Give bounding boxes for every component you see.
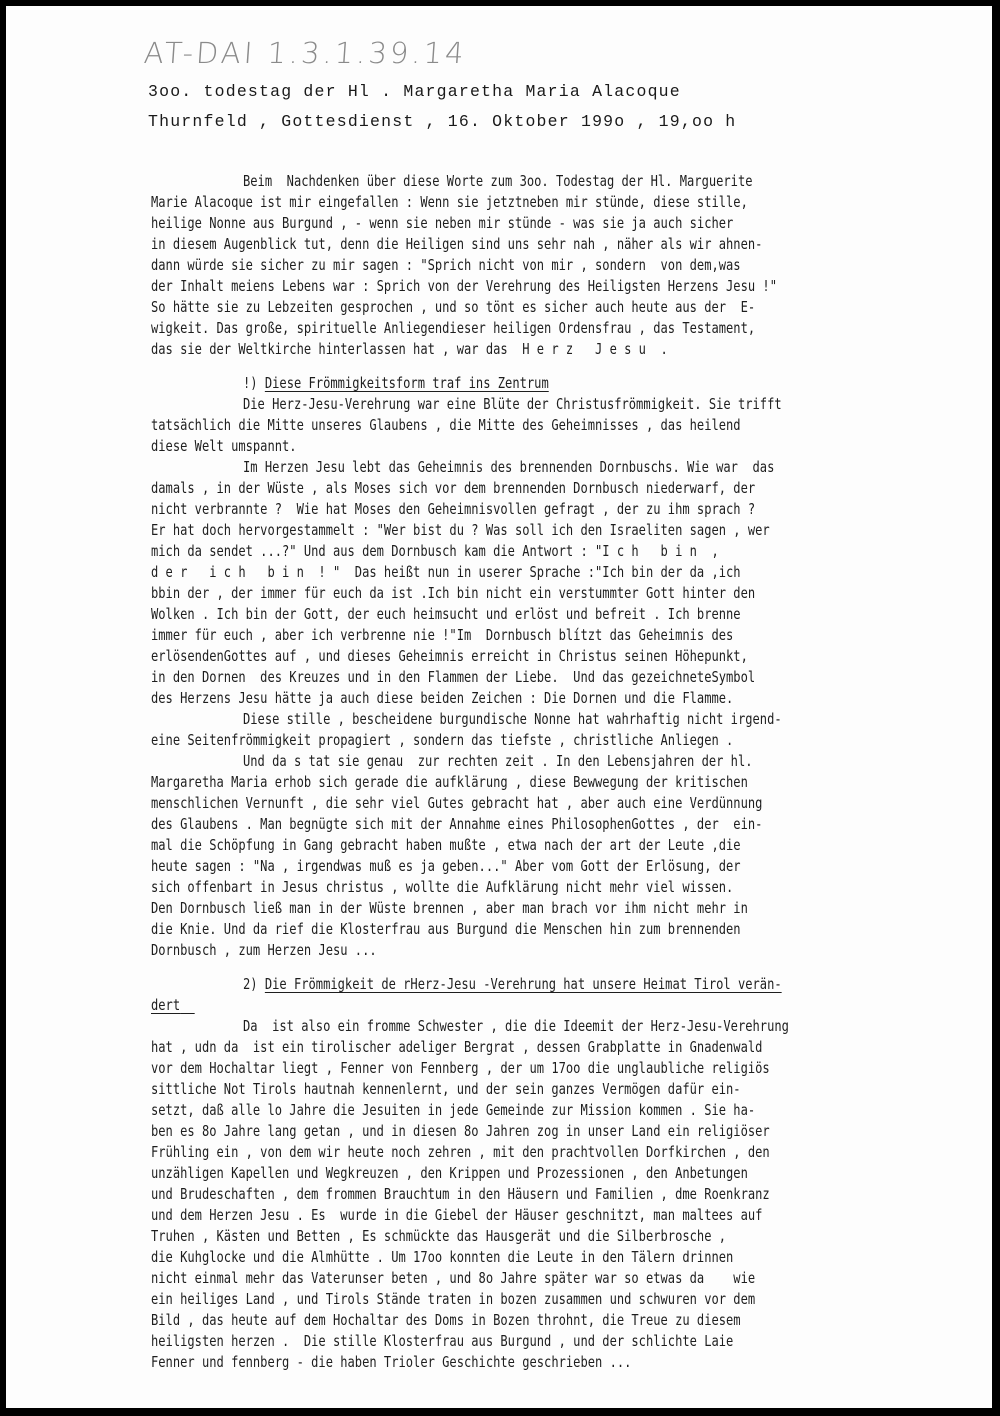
text-line: So hätte sie zu Lebzeiten gesprochen , u…: [151, 298, 755, 316]
text-line: nicht einmal mehr das Vaterunser beten ,…: [151, 1269, 755, 1287]
text-line: mich da sendet ...?" Und aus dem Dornbus…: [151, 542, 719, 560]
archive-reference-mark: AT-DAI 1.3.1.39.14: [143, 36, 468, 70]
section-heading-text: Diese Frömmigkeitsform traf ins Zentrum: [265, 374, 549, 392]
text-line: wigkeit. Das große, spirituelle Anliegen…: [151, 319, 755, 337]
document-subtitle: Thurnfeld , Gottesdienst , 16. Oktober 1…: [148, 112, 736, 131]
section-number: !): [243, 374, 258, 392]
text-line: Im Herzen Jesu lebt das Geheimnis des br…: [243, 458, 774, 476]
text-line: tatsächlich die Mitte unseres Glaubens ,…: [151, 416, 741, 434]
text-line: heiligsten herzen . Die stille Klosterfr…: [151, 1332, 733, 1350]
section-2-heading: 2) Die Frömmigkeit de rHerz-Jesu -Verehr…: [243, 975, 782, 993]
text-line: setzt, daß alle lo Jahre die Jesuiten in…: [151, 1101, 755, 1119]
text-line: Frühling ein , von dem wir heute noch ze…: [151, 1143, 770, 1161]
text-line: nicht verbrannte ? Wie hat Moses den Geh…: [151, 500, 755, 518]
text-line: in diesem Augenblick tut, denn die Heili…: [151, 235, 762, 253]
text-line: der Inhalt meiens Lebens war : Sprich vo…: [151, 277, 777, 295]
text-line: ben es 8o Jahre lang getan , und in dies…: [151, 1122, 770, 1140]
text-line: Dornbusch , zum Herzen Jesu ...: [151, 941, 377, 959]
text-line: Bild , das heute auf dem Hochaltar des D…: [151, 1311, 741, 1329]
text-line: dann würde sie sicher zu mir sagen : "Sp…: [151, 256, 741, 274]
text-line: immer für euch , aber ich verbrenne nie …: [151, 626, 733, 644]
text-line: und dem Herzen Jesu . Es wurde in die Gi…: [151, 1206, 762, 1224]
text-line: d e r i c h b i n ! " Das heißt nun in u…: [151, 563, 741, 581]
text-line: heilige Nonne aus Burgund , - wenn sie n…: [151, 214, 733, 232]
text-line: menschlichen Vernunft , die sehr viel Gu…: [151, 794, 762, 812]
text-line: die Kuhglocke und die Almhütte . Um 17oo…: [151, 1248, 733, 1266]
text-line: bbin der , der immer für euch da ist .Ic…: [151, 584, 755, 602]
text-line: des Herzens Jesu hätte ja auch diese bei…: [151, 689, 733, 707]
text-line: eine Seitenfrömmigkeit propagiert , sond…: [151, 731, 733, 749]
text-line: sittliche Not Tirols hautnah kennenlernt…: [151, 1080, 741, 1098]
text-line: ein heiliges Land , und Tirols Stände tr…: [151, 1290, 755, 1308]
text-line: unzähligen Kapellen und Wegkreuzen , den…: [151, 1164, 748, 1182]
text-line: Den Dornbusch ließ man in der Wüste bren…: [151, 899, 748, 917]
text-line: des Glaubens . Man begnügte sich mit der…: [151, 815, 762, 833]
text-line: diese Welt umspannt.: [151, 437, 297, 455]
text-line: heute sagen : "Na , irgendwas muß es ja …: [151, 857, 741, 875]
text-line: hat , udn da ist ein tirolischer adelige…: [151, 1038, 762, 1056]
text-line: die Knie. Und da rief die Klosterfrau au…: [151, 920, 741, 938]
text-line: Truhen , Kästen und Betten , Es schmückt…: [151, 1227, 726, 1245]
section-heading-text: dert: [151, 996, 180, 1014]
section-heading-text: Die Frömmigkeit de rHerz-Jesu -Verehrung…: [265, 975, 782, 993]
text-line: und Brudeschaften , dem frommen Brauchtu…: [151, 1185, 770, 1203]
text-line: Marie Alacoque ist mir eingefallen : Wen…: [151, 193, 748, 211]
text-line: Die Herz-Jesu-Verehrung war eine Blüte d…: [243, 395, 782, 413]
document-page: AT-DAI 1.3.1.39.14 3oo. todestag der Hl …: [6, 6, 992, 1408]
text-line: erlösendenGottes auf , und dieses Geheim…: [151, 647, 748, 665]
text-line: Er hat doch hervorgestammelt : "Wer bist…: [151, 521, 770, 539]
text-line: mal die Schöpfung in Gang gebracht haben…: [151, 836, 741, 854]
text-line: Da ist also ein fromme Schwester , die d…: [243, 1017, 789, 1035]
text-line: sich offenbart in Jesus christus , wollt…: [151, 878, 733, 896]
text-line: Diese stille , bescheidene burgundische …: [243, 710, 782, 728]
section-2-heading-continued: dert: [151, 996, 195, 1014]
text-line: vor dem Hochaltar liegt , Fenner von Fen…: [151, 1059, 770, 1077]
section-number: 2): [243, 975, 258, 993]
text-line: Und da s tat sie genau zur rechten zeit …: [243, 752, 753, 770]
text-line: damals , in der Wüste , als Moses sich v…: [151, 479, 755, 497]
text-line: Margaretha Maria erhob sich gerade die a…: [151, 773, 748, 791]
text-line: Wolken . Ich bin der Gott, der euch heim…: [151, 605, 741, 623]
text-line: Beim Nachdenken über diese Worte zum 3oo…: [243, 172, 753, 190]
text-line: in den Dornen des Kreuzes und in den Fla…: [151, 668, 755, 686]
section-1-heading: !) Diese Frömmigkeitsform traf ins Zentr…: [243, 374, 549, 392]
text-line: das sie der Weltkirche hinterlassen hat …: [151, 340, 668, 358]
text-line: Fenner und fennberg - die haben Trioler …: [151, 1353, 631, 1371]
document-title: 3oo. todestag der Hl . Margaretha Maria …: [148, 82, 681, 101]
